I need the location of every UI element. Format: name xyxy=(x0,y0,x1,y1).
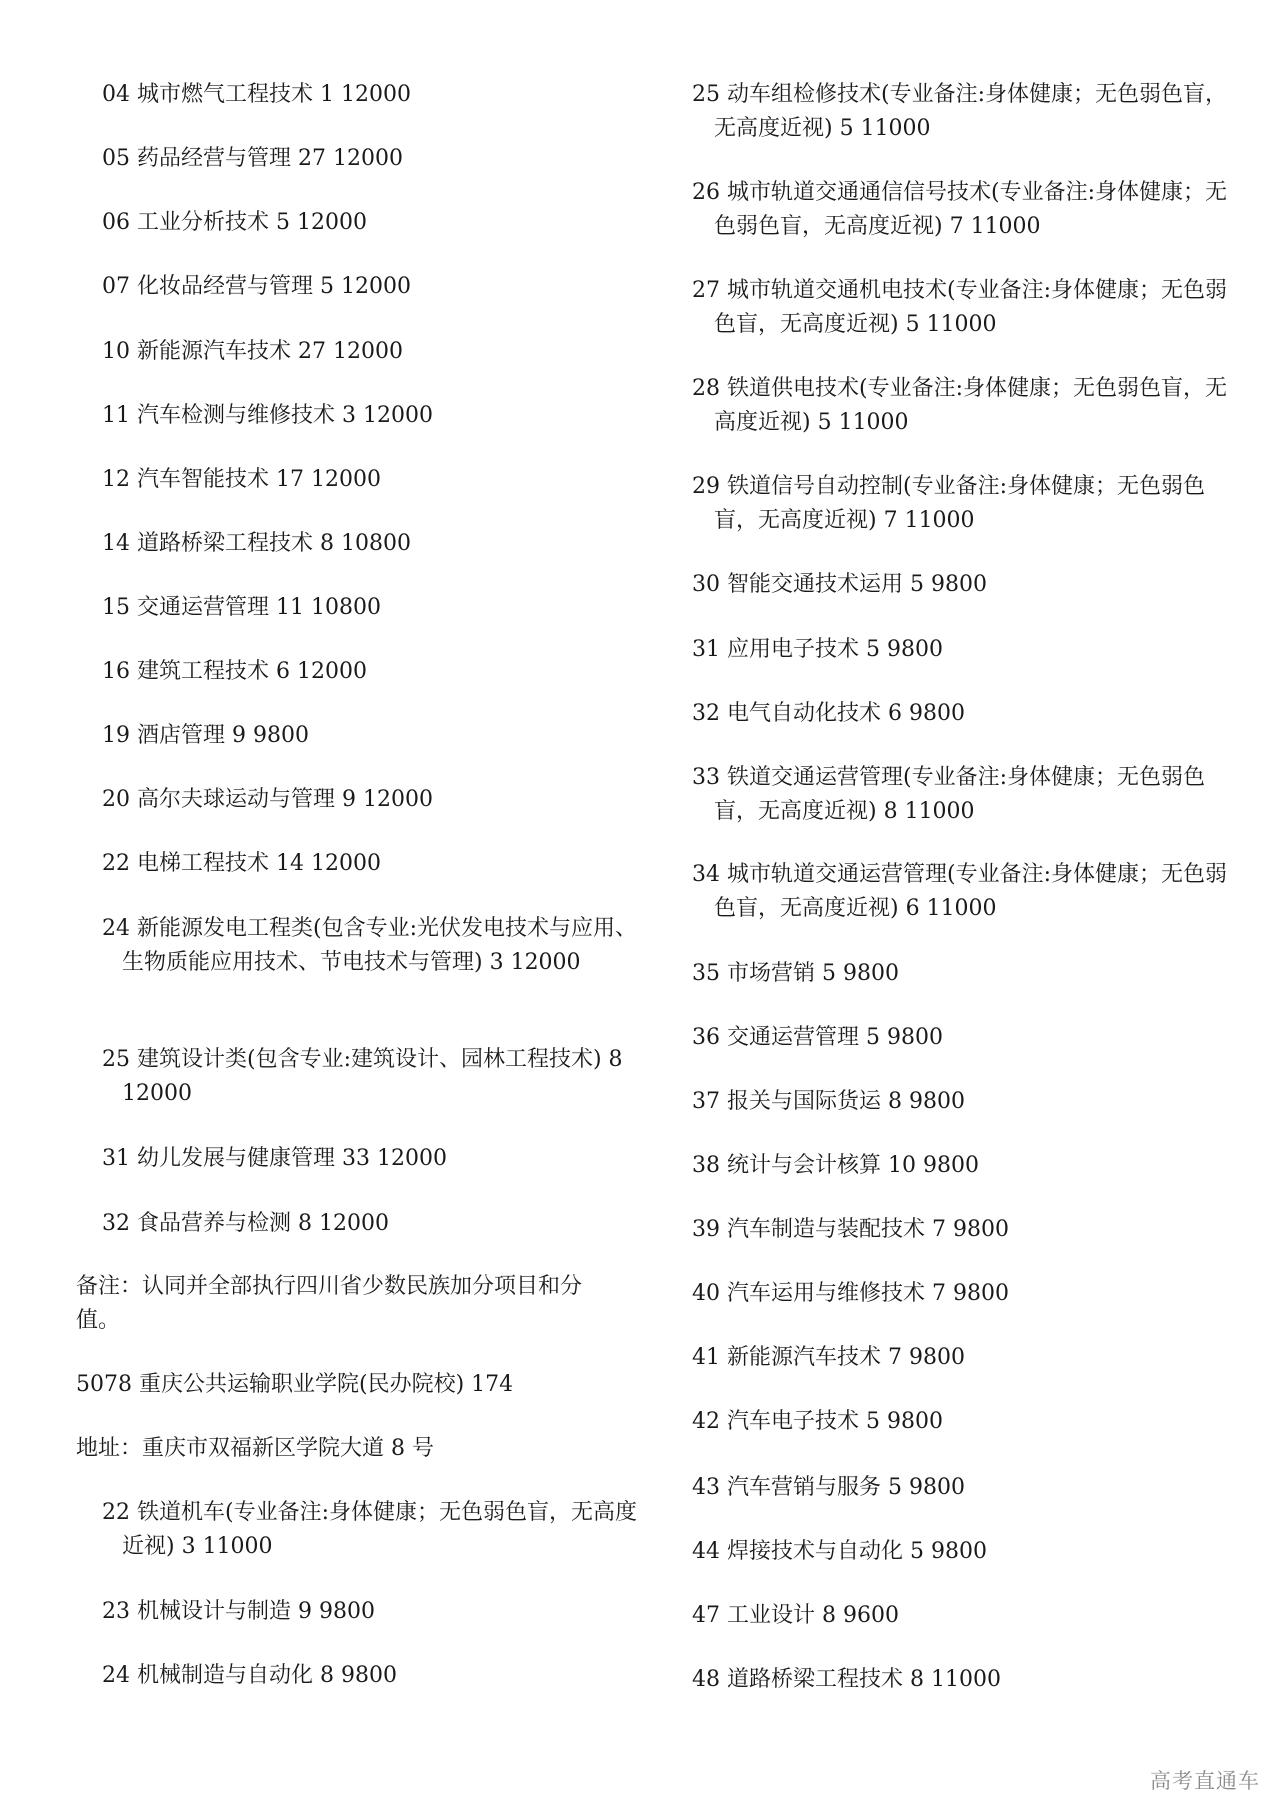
watermark: 高考直通车 xyxy=(1150,1765,1260,1795)
major-entry: 04 城市燃气工程技术 1 12000 xyxy=(102,78,642,112)
major-entry: 15 交通运营管理 11 10800 xyxy=(102,591,642,625)
major-entry: 12 汽车智能技术 17 12000 xyxy=(102,463,642,497)
major-entry: 31 幼儿发展与健康管理 33 12000 xyxy=(102,1142,642,1176)
major-entry: 06 工业分析技术 5 12000 xyxy=(102,206,642,240)
school-address: 地址：重庆市双福新区学院大道 8 号 xyxy=(76,1432,624,1466)
major-entry: 22 铁道机车(专业备注:身体健康；无色弱色盲，无高度近视) 3 11000 xyxy=(102,1496,642,1564)
major-entry: 19 酒店管理 9 9800 xyxy=(102,719,642,753)
major-entry: 28 铁道供电技术(专业备注:身体健康；无色弱色盲，无高度近视) 5 11000 xyxy=(692,372,1244,440)
major-entry: 30 智能交通技术运用 5 9800 xyxy=(692,568,1244,602)
major-entry: 24 新能源发电工程类(包含专业:光伏发电技术与应用、生物质能应用技术、节电技术… xyxy=(102,912,642,980)
major-entry: 27 城市轨道交通机电技术(专业备注:身体健康；无色弱色盲，无高度近视) 5 1… xyxy=(692,274,1244,342)
major-entry: 23 机械设计与制造 9 9800 xyxy=(102,1595,642,1629)
major-entry: 22 电梯工程技术 14 12000 xyxy=(102,847,642,881)
major-entry: 38 统计与会计核算 10 9800 xyxy=(692,1149,1244,1183)
major-entry: 44 焊接技术与自动化 5 9800 xyxy=(692,1535,1244,1569)
major-entry: 32 电气自动化技术 6 9800 xyxy=(692,697,1244,731)
major-entry: 35 市场营销 5 9800 xyxy=(692,957,1244,991)
major-entry: 42 汽车电子技术 5 9800 xyxy=(692,1405,1244,1439)
major-entry: 14 道路桥梁工程技术 8 10800 xyxy=(102,527,642,561)
note-text: 备注：认同并全部执行四川省少数民族加分项目和分值。 xyxy=(76,1270,624,1338)
major-entry: 41 新能源汽车技术 7 9800 xyxy=(692,1341,1244,1375)
major-entry: 40 汽车运用与维修技术 7 9800 xyxy=(692,1277,1244,1311)
major-entry: 25 建筑设计类(包含专业:建筑设计、园林工程技术) 8 12000 xyxy=(102,1043,642,1111)
major-entry: 32 食品营养与检测 8 12000 xyxy=(102,1207,642,1241)
major-entry: 33 铁道交通运营管理(专业备注:身体健康；无色弱色盲，无高度近视) 8 110… xyxy=(692,761,1244,829)
school-heading: 5078 重庆公共运输职业学院(民办院校) 174 xyxy=(76,1368,624,1402)
major-entry: 47 工业设计 8 9600 xyxy=(692,1599,1244,1633)
major-entry: 25 动车组检修技术(专业备注:身体健康；无色弱色盲，无高度近视) 5 1100… xyxy=(692,78,1244,146)
major-entry: 11 汽车检测与维修技术 3 12000 xyxy=(102,399,642,433)
major-entry: 20 高尔夫球运动与管理 9 12000 xyxy=(102,783,642,817)
major-entry: 10 新能源汽车技术 27 12000 xyxy=(102,335,642,369)
major-entry: 29 铁道信号自动控制(专业备注:身体健康；无色弱色盲，无高度近视) 7 110… xyxy=(692,470,1244,538)
major-entry: 16 建筑工程技术 6 12000 xyxy=(102,655,642,689)
major-entry: 26 城市轨道交通通信信号技术(专业备注:身体健康；无色弱色盲，无高度近视) 7… xyxy=(692,176,1244,244)
major-entry: 43 汽车营销与服务 5 9800 xyxy=(692,1471,1244,1505)
major-entry: 07 化妆品经营与管理 5 12000 xyxy=(102,270,642,304)
major-entry: 36 交通运营管理 5 9800 xyxy=(692,1021,1244,1055)
major-entry: 37 报关与国际货运 8 9800 xyxy=(692,1085,1244,1119)
major-entry: 34 城市轨道交通运营管理(专业备注:身体健康；无色弱色盲，无高度近视) 6 1… xyxy=(692,858,1244,926)
major-entry: 05 药品经营与管理 27 12000 xyxy=(102,142,642,176)
major-entry: 24 机械制造与自动化 8 9800 xyxy=(102,1659,642,1693)
major-entry: 31 应用电子技术 5 9800 xyxy=(692,633,1244,667)
major-entry: 39 汽车制造与装配技术 7 9800 xyxy=(692,1213,1244,1247)
major-entry: 48 道路桥梁工程技术 8 11000 xyxy=(692,1663,1244,1697)
